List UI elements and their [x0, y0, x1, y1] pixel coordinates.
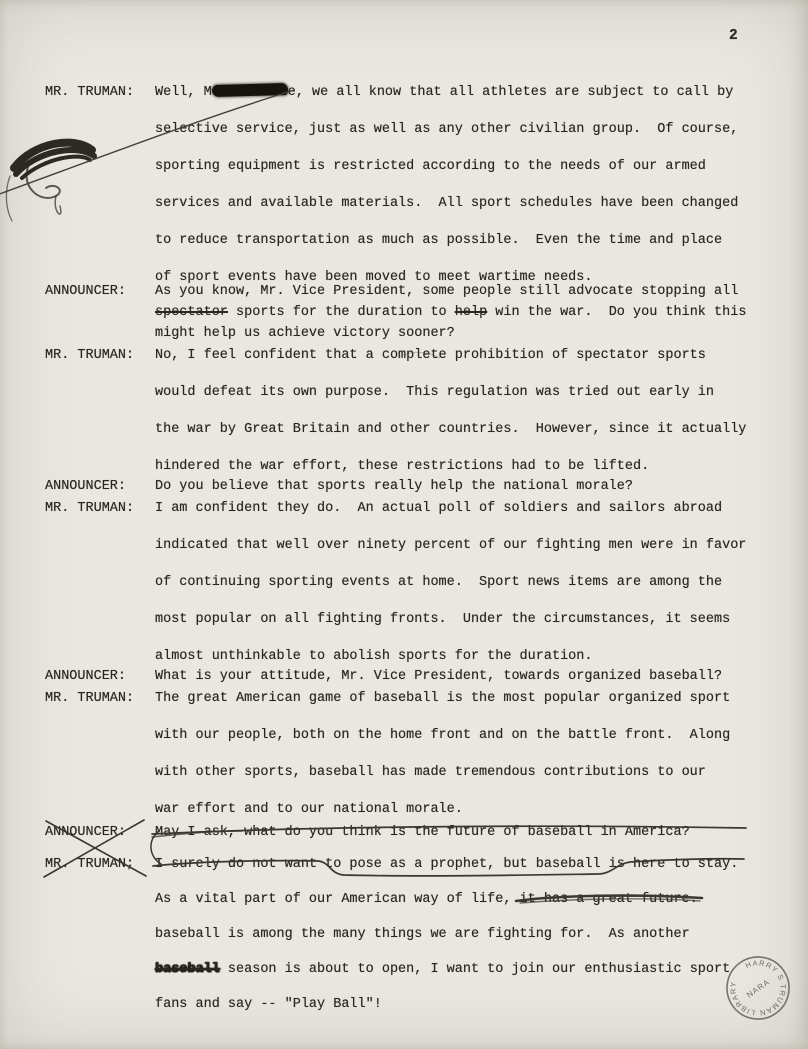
struck-text-segment: spectator	[155, 305, 228, 320]
line-text: As you know, Mr. Vice President, some pe…	[155, 283, 738, 300]
text-segment: hindered the war effort, these restricti…	[155, 459, 649, 474]
line-text: sporting equipment is restricted accordi…	[155, 158, 706, 175]
speaker-label: MR. TRUMAN:	[45, 500, 134, 517]
text-segment: As you know, Mr. Vice President, some pe…	[155, 284, 738, 299]
text-segment: to reduce transportation as much as poss…	[155, 233, 722, 248]
text-segment: I surely do not want to pose as a prophe…	[155, 857, 738, 872]
text-segment: almost unthinkable to abolish sports for…	[155, 649, 592, 664]
speaker-label: ANNOUNCER:	[45, 668, 126, 685]
text-segment: What is your attitude, Mr. Vice Presiden…	[155, 669, 722, 684]
line-text: spectator sports for the duration to hel…	[155, 304, 746, 321]
speaker-label: ANNOUNCER:	[45, 283, 126, 300]
speaker-label: ANNOUNCER:	[45, 478, 126, 495]
text-segment: No, I feel confident that a complete pro…	[155, 348, 706, 363]
text-segment: might help us achieve victory sooner?	[155, 326, 455, 341]
line-text: with other sports, baseball has made tre…	[155, 764, 706, 781]
line-text: with our people, both on the home front …	[155, 727, 730, 744]
struck-text-segment: help	[455, 305, 487, 320]
speaker-label: MR. TRUMAN:	[45, 690, 134, 707]
speaker-label: MR. TRUMAN:	[45, 347, 134, 364]
line-text: most popular on all fighting fronts. Und…	[155, 611, 730, 628]
text-segment: season is about to open, I want to join …	[220, 962, 730, 977]
text-segment: with other sports, baseball has made tre…	[155, 765, 706, 780]
text-segment: I am confident they do. An actual poll o…	[155, 501, 722, 516]
line-text: hindered the war effort, these restricti…	[155, 458, 649, 475]
line-text: baseball season is about to open, I want…	[155, 961, 730, 978]
text-segment: selective service, just as well as any o…	[155, 122, 738, 137]
text-segment: baseball is among the many things we are…	[155, 927, 690, 942]
text-segment: fans and say -- "Play Ball"!	[155, 997, 382, 1012]
text-segment: war effort and to our national morale.	[155, 802, 463, 817]
line-text: might help us achieve victory sooner?	[155, 325, 455, 342]
line-text: almost unthinkable to abolish sports for…	[155, 648, 592, 665]
line-text: I am confident they do. An actual poll o…	[155, 500, 722, 517]
page-number: 2	[729, 28, 738, 44]
overstruck-word: baseball	[155, 962, 220, 977]
line-text: fans and say -- "Play Ball"!	[155, 996, 382, 1013]
line-text: the war by Great Britain and other count…	[155, 421, 746, 438]
text-segment: with our people, both on the home front …	[155, 728, 730, 743]
text-segment: The great American game of baseball is t…	[155, 691, 730, 706]
stamp-center-text: NARA	[745, 977, 772, 999]
text-segment: of continuing sporting events at home. S…	[155, 575, 722, 590]
line-text: to reduce transportation as much as poss…	[155, 232, 722, 249]
line-text: would defeat its own purpose. This regul…	[155, 384, 714, 401]
text-segment: services and available materials. All sp…	[155, 196, 738, 211]
text-segment: As a vital part of our American way of l…	[155, 892, 698, 907]
line-text: As a vital part of our American way of l…	[155, 891, 698, 908]
speaker-label: MR. TRUMAN;	[45, 856, 134, 873]
line-text: selective service, just as well as any o…	[155, 121, 738, 138]
line-text: Well, Me, we all know that all athletes …	[155, 84, 733, 101]
text-segment: May I ask, what do you think is the futu…	[155, 825, 690, 840]
speaker-label: MR. TRUMAN:	[45, 84, 134, 101]
text-segment: win the war. Do you think this	[487, 305, 746, 320]
text-segment: the war by Great Britain and other count…	[155, 422, 746, 437]
line-text: baseball is among the many things we are…	[155, 926, 690, 943]
line-text: May I ask, what do you think is the futu…	[155, 824, 690, 841]
margin-scribble-mark	[6, 143, 94, 221]
text-segment: indicated that well over ninety percent …	[155, 538, 746, 553]
line-text: The great American game of baseball is t…	[155, 690, 730, 707]
text-segment: would defeat its own purpose. This regul…	[155, 385, 714, 400]
document-page: 2 MR. TRUMAN:Well, Me, we all know that …	[0, 0, 808, 1049]
library-stamp: HARRY S TRUMAN LIBRARY NARA	[714, 944, 802, 1032]
line-text: services and available materials. All sp…	[155, 195, 738, 212]
line-text: Do you believe that sports really help t…	[155, 478, 633, 495]
text-segment: sporting equipment is restricted accordi…	[155, 159, 706, 174]
text-segment: Well, M	[155, 85, 212, 100]
redaction-mark	[212, 83, 288, 97]
speaker-label: ANNOUNCER:	[45, 824, 126, 841]
line-text: No, I feel confident that a complete pro…	[155, 347, 706, 364]
line-text: war effort and to our national morale.	[155, 801, 463, 818]
line-text: What is your attitude, Mr. Vice Presiden…	[155, 668, 722, 685]
text-segment: most popular on all fighting fronts. Und…	[155, 612, 730, 627]
line-text: of continuing sporting events at home. S…	[155, 574, 722, 591]
line-text: I surely do not want to pose as a prophe…	[155, 856, 738, 873]
text-segment: sports for the duration to	[228, 305, 455, 320]
text-segment: Do you believe that sports really help t…	[155, 479, 633, 494]
text-segment: e, we all know that all athletes are sub…	[288, 85, 734, 100]
line-text: indicated that well over ninety percent …	[155, 537, 746, 554]
diagonal-pen-line	[0, 90, 294, 196]
